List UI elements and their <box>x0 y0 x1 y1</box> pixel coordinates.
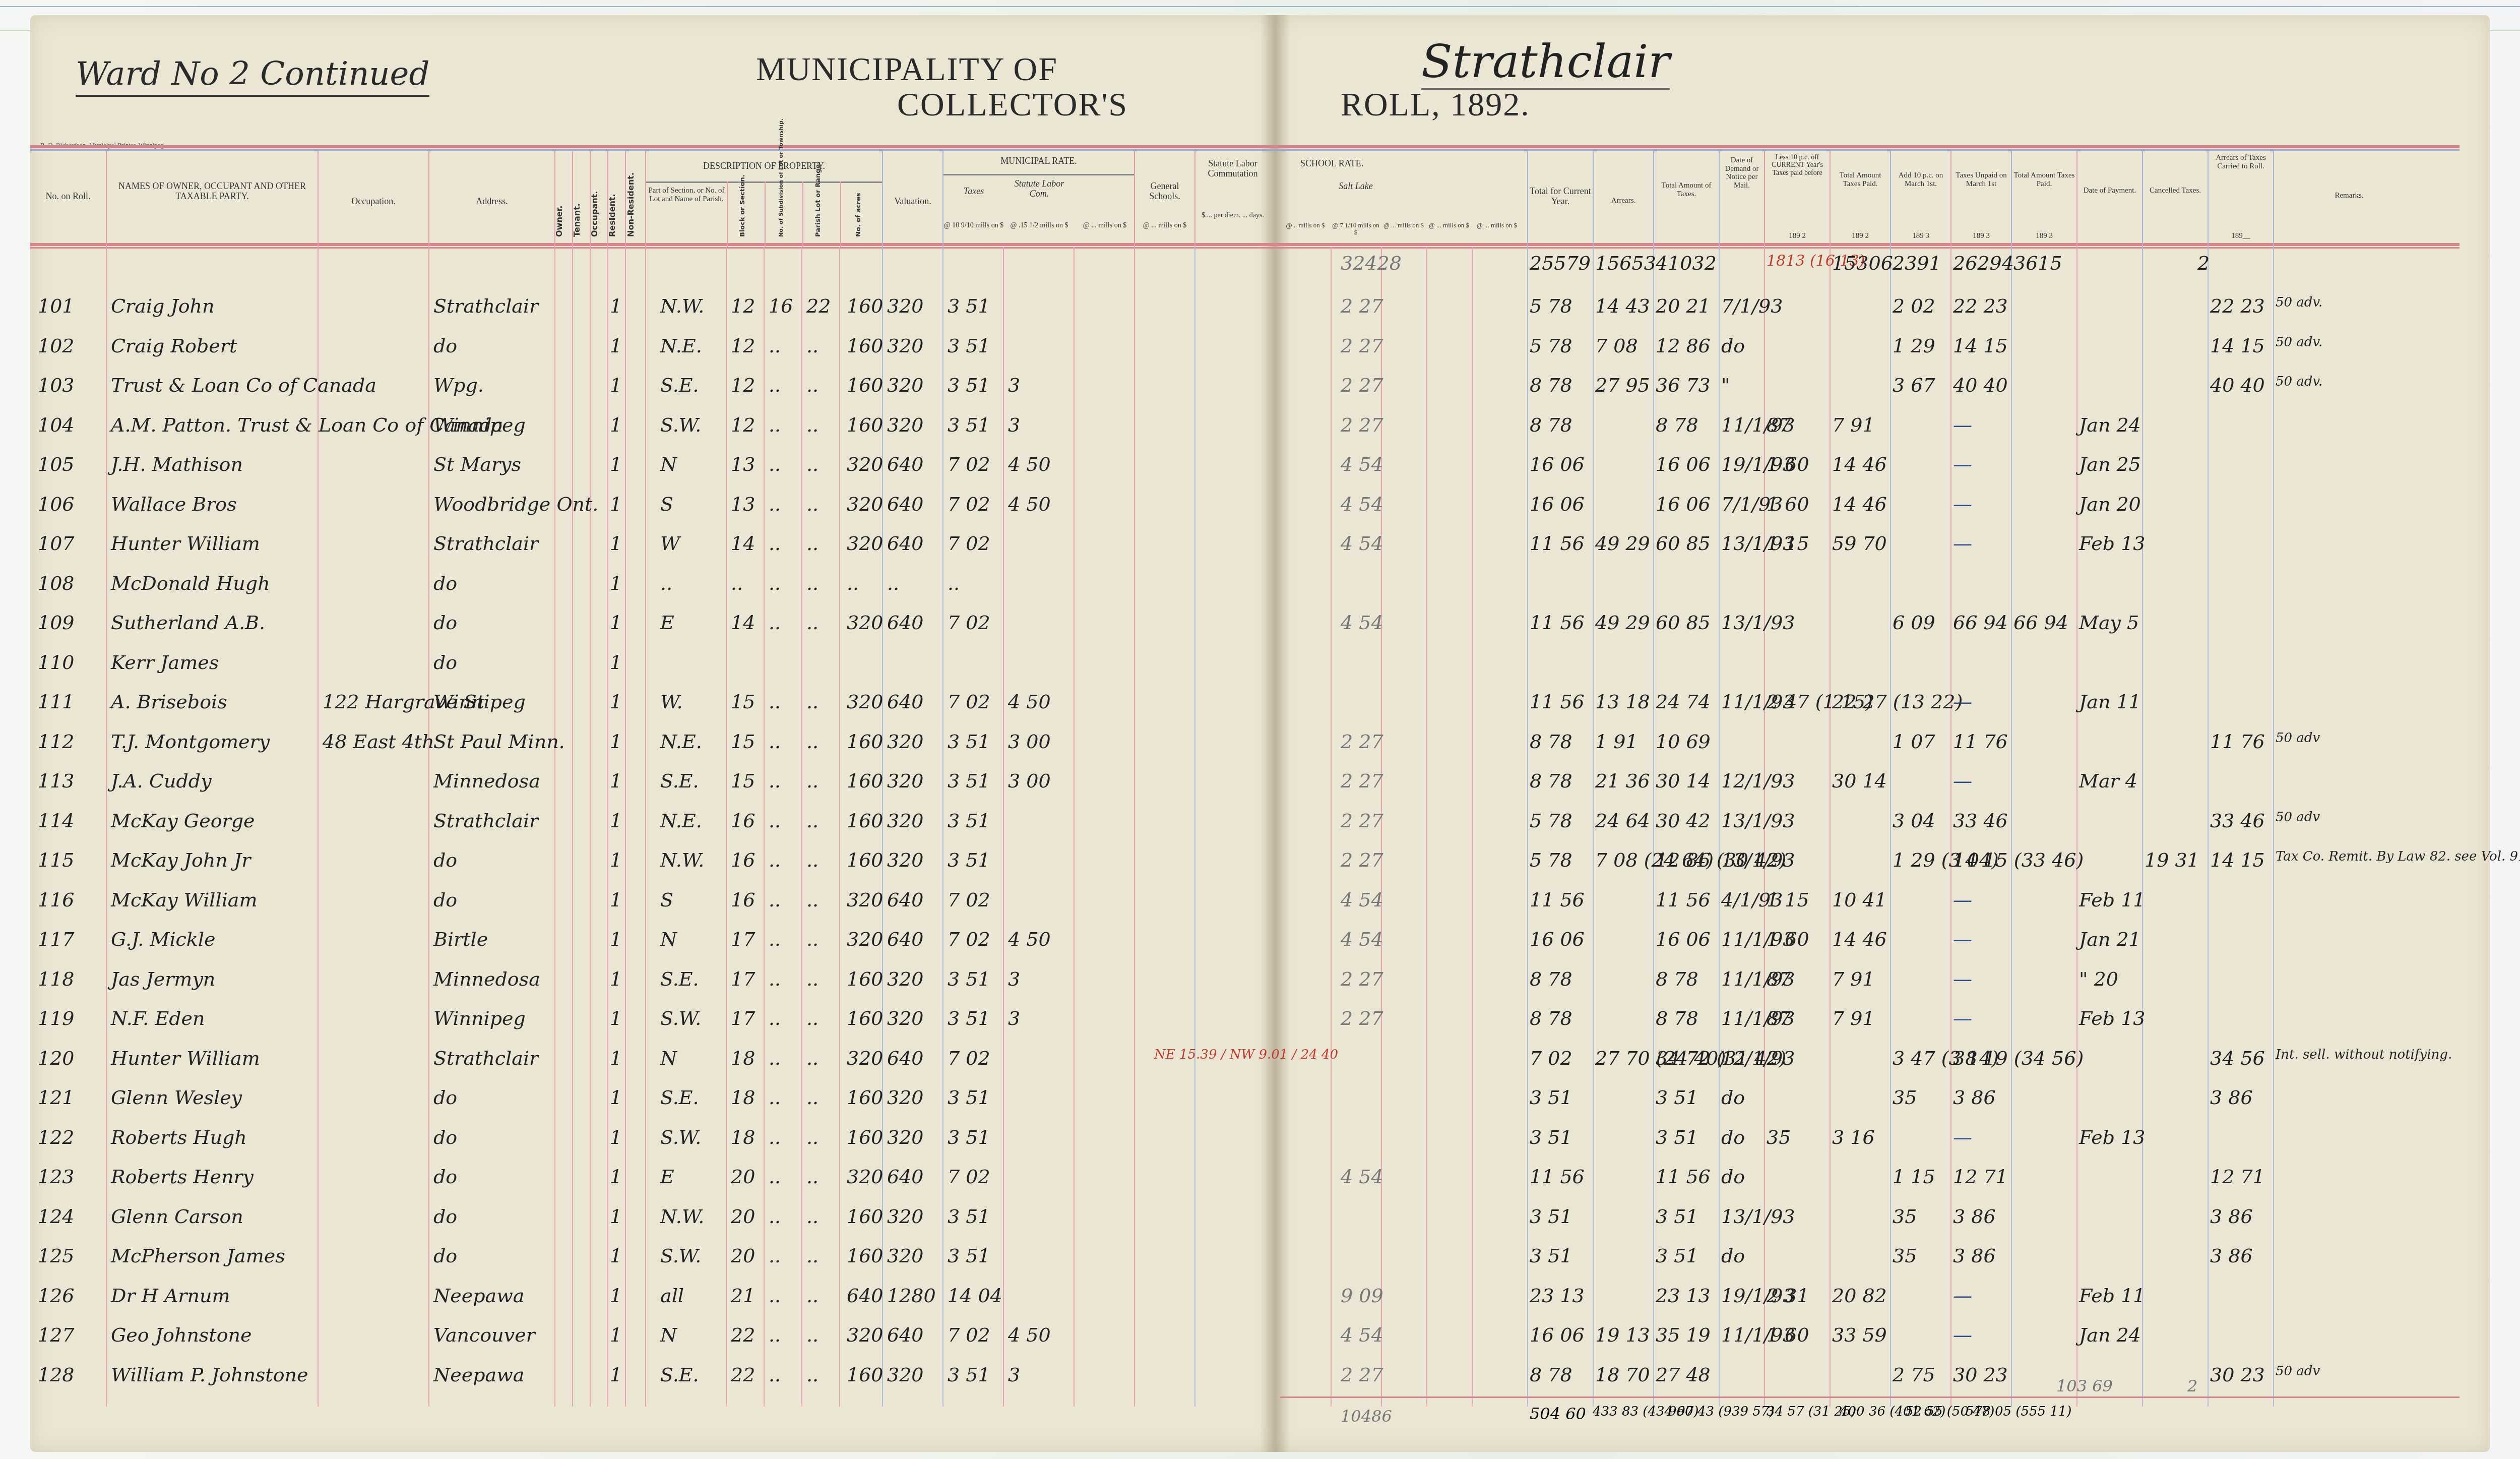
header-label: @ 10 9/10 mills on $ <box>943 222 1004 229</box>
cell-remarks: 50 adv <box>2276 1364 2320 1379</box>
cell-total-current: 8 78 <box>1530 968 1572 990</box>
cell-taxes-unpaid: 11 76 <box>1953 731 2008 753</box>
cell-less-10pc: 1 15 <box>1767 889 1809 911</box>
cell-municipal-taxes: 7 02 <box>948 1166 990 1188</box>
cell-total-amount: 8 78 <box>1656 1007 1698 1029</box>
cell-taxes-unpaid: — <box>1953 889 1972 911</box>
cell-valuation: 320 <box>887 1126 924 1148</box>
header-label: 189__ <box>2209 232 2273 240</box>
cf-add-10pc: 2391 <box>1893 252 1941 274</box>
cell-roll-number: 120 <box>38 1047 75 1069</box>
cell-valuation: 320 <box>887 1086 924 1109</box>
cell-school-rate: 4 54 <box>1341 928 1383 950</box>
col-block: Block or Section. <box>727 181 765 247</box>
cell-acres: 320 <box>847 1047 884 1069</box>
cell-payment-date: Feb 11 <box>2079 1285 2146 1307</box>
cell-school-rate: 2 27 <box>1341 374 1383 396</box>
cell-resident-mark: 1 <box>610 374 622 396</box>
cell-subdivision: .. <box>769 849 781 871</box>
cell-block: 13 <box>731 493 755 515</box>
col-general-schools: General Schools. @ ... mills on $ <box>1134 151 1194 247</box>
cell-block: 22 <box>731 1364 755 1386</box>
cell-total-amount: 30 14 <box>1656 770 1711 792</box>
cf-total-paid: 15306 <box>1832 252 1893 274</box>
cell-remarks: 50 adv <box>2276 810 2320 825</box>
header-label: DESCRIPTION OF PROPERTY. <box>646 161 882 171</box>
cell-owner-name: Hunter William <box>111 1047 260 1069</box>
cell-range: .. <box>806 572 818 594</box>
header-label: @ .15 1/2 mills on $ <box>1004 222 1075 229</box>
cell-add-10pc: 2 75 <box>1893 1364 1935 1386</box>
cell-roll-number: 127 <box>38 1324 75 1346</box>
cell-payment-date: Jan 21 <box>2079 928 2141 950</box>
cell-school-rate: 2 27 <box>1341 810 1383 832</box>
cell-acres: 160 <box>847 1364 884 1386</box>
col-occupant: Occupant. <box>590 151 607 247</box>
cell-taxes-paid: 33 59 <box>1832 1324 1887 1346</box>
cell-taxes-unpaid: — <box>1953 453 1972 475</box>
header-label: Statute Labor Com. <box>1004 179 1075 199</box>
cell-block: 17 <box>731 968 755 990</box>
cell-municipal-taxes: 7 02 <box>948 493 990 515</box>
cell-block: 15 <box>731 691 755 713</box>
title-collectors: COLLECTOR'S <box>897 86 1128 124</box>
cell-taxes-paid: 14 46 <box>1832 493 1887 515</box>
header-label: Owner. <box>554 206 564 237</box>
cell-range: .. <box>806 612 818 634</box>
cell-statute-labor: 3 <box>1008 374 1020 396</box>
cell-total-current: 11 56 <box>1530 691 1585 713</box>
col-address: Address. <box>428 151 554 247</box>
cell-total-amount: 3 51 <box>1656 1245 1698 1267</box>
cell-subdivision: .. <box>769 968 781 990</box>
cell-part-of-section: N.W. <box>660 295 704 317</box>
ledger-book: Ward No 2 Continued MUNICIPALITY OF COLL… <box>30 15 2490 1452</box>
cell-acres: 160 <box>847 810 884 832</box>
cell-resident-mark: 1 <box>610 731 622 753</box>
table-row: 116McKay Williamdo1S16....3206407 024 54… <box>30 889 2490 927</box>
table-row: 119N.F. EdenWinnipeg1S.W.17....1603203 5… <box>30 1007 2490 1045</box>
cell-part-of-section: N <box>660 1324 677 1346</box>
table-row: 118Jas JermynMinnedosa1S.E.17....1603203… <box>30 968 2490 1006</box>
cell-taxes-paid: 7 91 <box>1832 968 1875 990</box>
col-taxes-unpaid: Taxes Unpaid on March 1st 189 3 <box>1950 151 2011 247</box>
cell-total-current: 11 56 <box>1530 612 1585 634</box>
cell-owner-name: William P. Johnstone <box>111 1364 308 1386</box>
cell-roll-number: 111 <box>38 691 75 713</box>
cell-roll-number: 112 <box>38 731 75 753</box>
cell-subdivision: .. <box>769 453 781 475</box>
header-label: Salt Lake <box>1331 181 1381 192</box>
cell-resident-mark: 1 <box>610 889 622 911</box>
header-label: Date of Demand or Notice per Mail. <box>1720 156 1764 190</box>
header-label: Statute Labor Commutation <box>1195 159 1270 179</box>
cell-municipal-taxes: 3 51 <box>948 1245 990 1267</box>
cell-subdivision: .. <box>769 493 781 515</box>
cf-arrears: 15653 <box>1595 252 1656 274</box>
cf-cancelled: 2 <box>2197 252 2210 274</box>
cell-acres: .. <box>847 572 859 594</box>
cell-school-rate: 2 27 <box>1341 1364 1383 1386</box>
cell-roll-number: 124 <box>38 1205 75 1228</box>
header-label: 189 2 <box>1765 232 1830 240</box>
cell-part-of-section: N.W. <box>660 1205 704 1228</box>
cell-address: Strathclair <box>433 810 538 832</box>
cell-address: Birtle <box>433 928 488 950</box>
cell-taxes-unpaid: — <box>1953 1324 1972 1346</box>
cell-municipal-taxes: 3 51 <box>948 810 990 832</box>
cell-address: do <box>433 889 457 911</box>
table-row: 124Glenn Carsondo1N.W.20....1603203 513 … <box>30 1205 2490 1243</box>
cell-resident-mark: 1 <box>610 532 622 555</box>
cell-subdivision: .. <box>769 1166 781 1188</box>
cell-acres: 320 <box>847 1166 884 1188</box>
cell-range: .. <box>806 1047 818 1069</box>
cell-resident-mark: 1 <box>610 612 622 634</box>
col-parish-lot: Parish Lot or Range. <box>802 181 840 247</box>
cell-statute-labor: 3 <box>1008 1364 1020 1386</box>
cell-address: do <box>433 612 457 634</box>
cell-arrears: 49 29 <box>1595 532 1650 555</box>
table-row: 114McKay GeorgeStrathclair1N.E.16....160… <box>30 810 2490 847</box>
cell-resident-mark: 1 <box>610 1126 622 1148</box>
header-label: @ .. mills on $ <box>1280 222 1331 229</box>
cell-statute-labor: 4 50 <box>1008 453 1051 475</box>
header-label: Remarks. <box>2274 192 2424 200</box>
header-label: @ ... mills on $ <box>1472 222 1522 229</box>
cell-add-10pc: 1 07 <box>1893 731 1935 753</box>
cell-block: 17 <box>731 928 755 950</box>
cell-arrears-carried: 33 46 <box>2210 810 2265 832</box>
cell-resident-mark: 1 <box>610 928 622 950</box>
cell-owner-name: N.F. Eden <box>111 1007 205 1029</box>
cell-block: 14 <box>731 612 755 634</box>
cell-municipal-taxes: 3 51 <box>948 335 990 357</box>
cell-payment-date: Jan 20 <box>2079 493 2141 515</box>
table-row: 112T.J. Montgomery48 East 4thSt Paul Min… <box>30 731 2490 768</box>
cell-address: Neepawa <box>433 1364 524 1386</box>
cell-less-10pc: 1 60 <box>1767 453 1809 475</box>
header-label: Total Amount of Taxes. <box>1654 181 1719 198</box>
cell-subdivision: .. <box>769 335 781 357</box>
header-label: $.... per diem. ... days. <box>1195 212 1270 219</box>
cell-resident-mark: 1 <box>610 770 622 792</box>
cell-add-10pc: 35 <box>1893 1245 1917 1267</box>
cell-part-of-section: .. <box>660 572 672 594</box>
cell-taxes-unpaid: 12 71 <box>1953 1166 2008 1188</box>
header-label: Tenant. <box>572 203 582 237</box>
cell-part-of-section: N.E. <box>660 810 702 832</box>
cell-school-rate: 4 54 <box>1341 612 1383 634</box>
divider <box>943 174 1134 175</box>
cell-total-current: 3 51 <box>1530 1126 1572 1148</box>
cell-block: 22 <box>731 1324 755 1346</box>
cell-taxes-unpaid: — <box>1953 928 1972 950</box>
col-subdivision: No. of Subdivision of Lot or Township. <box>765 181 802 247</box>
cell-part-of-section: S.W. <box>660 414 701 436</box>
cell-total-current: 7 02 <box>1530 1047 1572 1069</box>
cell-remarks: 50 adv <box>2276 731 2320 746</box>
cell-demand-date: 13/1/93 <box>1721 849 1795 871</box>
cell-subdivision: .. <box>769 612 781 634</box>
cell-block: 12 <box>731 414 755 436</box>
cell-arrears-carried: 22 23 <box>2210 295 2265 317</box>
cell-add-10pc: 35 <box>1893 1205 1917 1228</box>
cell-total-current: 5 78 <box>1530 295 1572 317</box>
cell-roll-number: 119 <box>38 1007 75 1029</box>
cell-block: 18 <box>731 1126 755 1148</box>
cell-total-amount: 35 19 <box>1656 1324 1711 1346</box>
cell-municipal-taxes: 3 51 <box>948 1364 990 1386</box>
cell-range: .. <box>806 889 818 911</box>
cell-block: 20 <box>731 1166 755 1188</box>
cell-demand-date: 13/1/93 <box>1721 612 1795 634</box>
cell-part-of-section: S <box>660 889 673 911</box>
cell-address: St Paul Minn. <box>433 731 565 753</box>
cell-valuation: 320 <box>887 968 924 990</box>
cell-acres: 320 <box>847 1324 884 1346</box>
cell-municipal-taxes: 3 51 <box>948 1126 990 1148</box>
header-label: 189 3 <box>2012 232 2076 240</box>
cell-part-of-section: S <box>660 493 673 515</box>
cell-total-current: 16 06 <box>1530 493 1585 515</box>
cell-range: .. <box>806 1205 818 1228</box>
cell-roll-number: 106 <box>38 493 75 515</box>
table-row: 113J.A. CuddyMinnedosa1S.E.15....1603203… <box>30 770 2490 808</box>
cell-total-amount: 27 48 <box>1656 1364 1711 1386</box>
cell-roll-number: 108 <box>38 572 75 594</box>
cell-acres: 160 <box>847 1126 884 1148</box>
header-label: Parish Lot or Range. <box>814 162 822 237</box>
cell-part-of-section: S.E. <box>660 968 699 990</box>
cell-owner-name: Sutherland A.B. <box>111 612 265 634</box>
cell-taxes-paid: 7 91 <box>1832 1007 1875 1029</box>
cell-range: .. <box>806 1166 818 1188</box>
cell-address: Strathclair <box>433 295 538 317</box>
table-row: 125McPherson Jamesdo1S.W.20....1603203 5… <box>30 1245 2490 1283</box>
cell-total-current: 23 13 <box>1530 1285 1585 1307</box>
cell-valuation: 320 <box>887 810 924 832</box>
cell-less-10pc: 1 60 <box>1767 928 1809 950</box>
cell-total-current: 11 56 <box>1530 1166 1585 1188</box>
cell-taxes-paid: 14 46 <box>1832 928 1887 950</box>
header-label: 189 3 <box>1891 232 1950 240</box>
cell-municipal-taxes: 7 02 <box>948 453 990 475</box>
cell-block: 20 <box>731 1245 755 1267</box>
cell-school-rate: 4 54 <box>1341 493 1383 515</box>
carried-forward-row: 32428 25579 15653 41032 1813 (16 13) 153… <box>30 252 2490 290</box>
table-row: 107Hunter WilliamStrathclair1W14....3206… <box>30 532 2490 570</box>
cell-subdivision: .. <box>769 731 781 753</box>
cell-payment-date: Feb 13 <box>2079 1126 2146 1148</box>
cell-taxes-paid: 30 14 <box>1832 770 1887 792</box>
cell-school-rate: 4 54 <box>1341 1324 1383 1346</box>
table-row: 111A. Brisebois122 Hargrave StWinnipeg1W… <box>30 691 2490 728</box>
cell-total-amount: 16 06 <box>1656 453 1711 475</box>
cell-acres: 160 <box>847 1086 884 1109</box>
cell-payment-date: Jan 25 <box>2079 453 2141 475</box>
cell-range: .. <box>806 374 818 396</box>
cell-total-paid-2: 66 94 <box>2013 612 2068 634</box>
header-label: 189 2 <box>1831 232 1890 240</box>
cell-arrears: 1 91 <box>1595 731 1638 753</box>
cell-taxes-unpaid: 14 15 <box>1953 335 2008 357</box>
cell-taxes-paid: 20 82 <box>1832 1285 1887 1307</box>
cell-address: do <box>433 1086 457 1109</box>
cell-municipal-taxes: 3 51 <box>948 770 990 792</box>
cell-total-amount: 8 78 <box>1656 968 1698 990</box>
cell-subdivision: .. <box>769 889 781 911</box>
cell-total-current: 3 51 <box>1530 1086 1572 1109</box>
cell-taxes-unpaid: — <box>1953 770 1972 792</box>
cell-valuation: 640 <box>887 532 924 555</box>
cell-owner-name: T.J. Montgomery <box>111 731 270 753</box>
cell-municipal-taxes: 3 51 <box>948 731 990 753</box>
col-occupation: Occupation. <box>318 151 428 247</box>
cell-payment-date: Mar 4 <box>2079 770 2137 792</box>
header-label: Total Amount Taxes Paid. <box>2012 171 2076 188</box>
cell-range: .. <box>806 770 818 792</box>
cell-school-rate: 4 54 <box>1341 1166 1383 1188</box>
cell-part-of-section: N.E. <box>660 335 702 357</box>
cell-roll-number: 101 <box>38 295 75 317</box>
cell-municipal-taxes: 3 51 <box>948 295 990 317</box>
cell-range: .. <box>806 810 818 832</box>
cell-address: Strathclair <box>433 1047 538 1069</box>
table-row: 109Sutherland A.B.do1E14....3206407 024 … <box>30 612 2490 649</box>
cell-arrears-carried: 3 86 <box>2210 1086 2253 1109</box>
col-date-of-demand: Date of Demand or Notice per Mail. <box>1719 151 1764 247</box>
col-group-description: DESCRIPTION OF PROPERTY. Part of Section… <box>645 151 882 247</box>
cell-school-rate: 2 27 <box>1341 968 1383 990</box>
cell-resident-mark: 1 <box>610 1205 622 1228</box>
cell-address: do <box>433 1245 457 1267</box>
cell-valuation: 320 <box>887 1007 924 1029</box>
cell-municipal-taxes: 7 02 <box>948 928 990 950</box>
cell-school-rate: 4 54 <box>1341 889 1383 911</box>
cell-owner-name: Hunter William <box>111 532 260 555</box>
cell-address: Strathclair <box>433 532 538 555</box>
cell-statute-labor: 4 50 <box>1008 928 1051 950</box>
cell-roll-number: 103 <box>38 374 75 396</box>
cell-demand-date: 13/1/93 <box>1721 810 1795 832</box>
header-label: No. on Roll. <box>30 192 106 202</box>
col-valuation: Valuation. <box>882 151 942 247</box>
cell-range: .. <box>806 414 818 436</box>
cell-municipal-taxes: .. <box>948 572 960 594</box>
cell-school-rate: 9 09 <box>1341 1285 1383 1307</box>
cell-part-of-section: N.W. <box>660 849 704 871</box>
col-remarks: Remarks. <box>2273 151 2424 247</box>
header-label: Arrears. <box>1594 197 1653 205</box>
header-label: General Schools. <box>1135 181 1194 202</box>
cell-owner-name: Roberts Henry <box>111 1166 254 1188</box>
col-arrears: Arrears. <box>1593 151 1653 247</box>
col-statute-labor: Statute Labor Commutation $.... per diem… <box>1194 151 1270 247</box>
cell-valuation: 640 <box>887 889 924 911</box>
col-total-paid-2: Total Amount Taxes Paid. 189 3 <box>2011 151 2076 247</box>
cell-acres: 160 <box>847 374 884 396</box>
cell-block: 20 <box>731 1205 755 1228</box>
cell-valuation: 320 <box>887 335 924 357</box>
cell-statute-labor: 3 00 <box>1008 770 1051 792</box>
cell-block: 15 <box>731 770 755 792</box>
cell-roll-number: 122 <box>38 1126 75 1148</box>
cell-occupation: 48 East 4th <box>323 731 434 753</box>
cell-side-calculation: NE 15.39 / NW 9.01 / 24 40 <box>1154 1047 1338 1062</box>
cell-arrears-carried: 30 23 <box>2210 1364 2265 1386</box>
cell-range: .. <box>806 335 818 357</box>
cell-block: 15 <box>731 731 755 753</box>
cell-roll-number: 116 <box>38 889 75 911</box>
header-label: Part of Section, or No. of Lot and Name … <box>646 187 727 203</box>
cell-subdivision: .. <box>769 1126 781 1148</box>
header-rule-top <box>30 145 2460 148</box>
cell-subdivision: .. <box>769 1086 781 1109</box>
cf-school: 32428 <box>1341 252 1402 274</box>
cell-municipal-taxes: 3 51 <box>948 1086 990 1109</box>
cell-resident-mark: 1 <box>610 335 622 357</box>
header-label: No. of acres <box>855 193 862 237</box>
cell-owner-name: Wallace Bros <box>111 493 237 515</box>
cell-payment-date: Jan 24 <box>2079 1324 2141 1346</box>
header-label: @ ... mills on $ <box>1135 222 1194 229</box>
table-row: 127Geo JohnstoneVancouver1N22....3206407… <box>30 1324 2490 1362</box>
cell-subdivision: .. <box>769 1245 781 1267</box>
cell-municipal-taxes: 7 02 <box>948 1324 990 1346</box>
col-date-of-payment: Date of Payment. <box>2076 151 2142 247</box>
cell-total-current: 11 56 <box>1530 532 1585 555</box>
cell-statute-labor: 3 <box>1008 1007 1020 1029</box>
cell-valuation: 320 <box>887 414 924 436</box>
cell-demand-date: do <box>1721 335 1745 357</box>
cell-subdivision: .. <box>769 928 781 950</box>
col-acres: No. of acres <box>840 181 883 247</box>
cell-total-current: 3 51 <box>1530 1205 1572 1228</box>
cell-resident-mark: 1 <box>610 849 622 871</box>
cell-address: Minnedosa <box>433 968 540 990</box>
table-row: 102Craig Robertdo1N.E.12....1603203 512 … <box>30 335 2490 373</box>
cell-statute-labor: 4 50 <box>1008 691 1051 713</box>
cell-demand-date: 13/1/93 <box>1721 1205 1795 1228</box>
cell-roll-number: 128 <box>38 1364 75 1386</box>
header-label: @ ... mills on $ <box>1381 222 1426 229</box>
cell-address: Winnipeg <box>433 414 526 436</box>
header-label: Non-Resident. <box>626 172 636 237</box>
header-label: Cancelled Taxes. <box>2143 187 2208 195</box>
cell-arrears: 19 13 <box>1595 1324 1650 1346</box>
header-label: Taxes <box>943 187 1004 197</box>
cell-part-of-section: S.W. <box>660 1007 701 1029</box>
cell-municipal-taxes: 7 02 <box>948 532 990 555</box>
cell-acres: 320 <box>847 612 884 634</box>
cell-arrears-carried: 14 15 <box>2210 335 2265 357</box>
cell-valuation: 640 <box>887 612 924 634</box>
cell-arrears: 21 36 <box>1595 770 1650 792</box>
cell-payment-date: Feb 13 <box>2079 532 2146 555</box>
header-label: Address. <box>429 197 554 207</box>
cell-valuation: 640 <box>887 1324 924 1346</box>
header-label: 189 3 <box>1951 232 2011 240</box>
cell-owner-name: Trust & Loan Co of Canada <box>111 374 376 396</box>
cell-acres: 320 <box>847 532 884 555</box>
cell-total-current: 5 78 <box>1530 335 1572 357</box>
cell-arrears: 7 08 <box>1595 335 1638 357</box>
cell-acres: 640 <box>847 1285 884 1307</box>
cell-municipal-taxes: 3 51 <box>948 1205 990 1228</box>
cell-acres: 160 <box>847 849 884 871</box>
header-label: @ ... mills on $ <box>1426 222 1472 229</box>
